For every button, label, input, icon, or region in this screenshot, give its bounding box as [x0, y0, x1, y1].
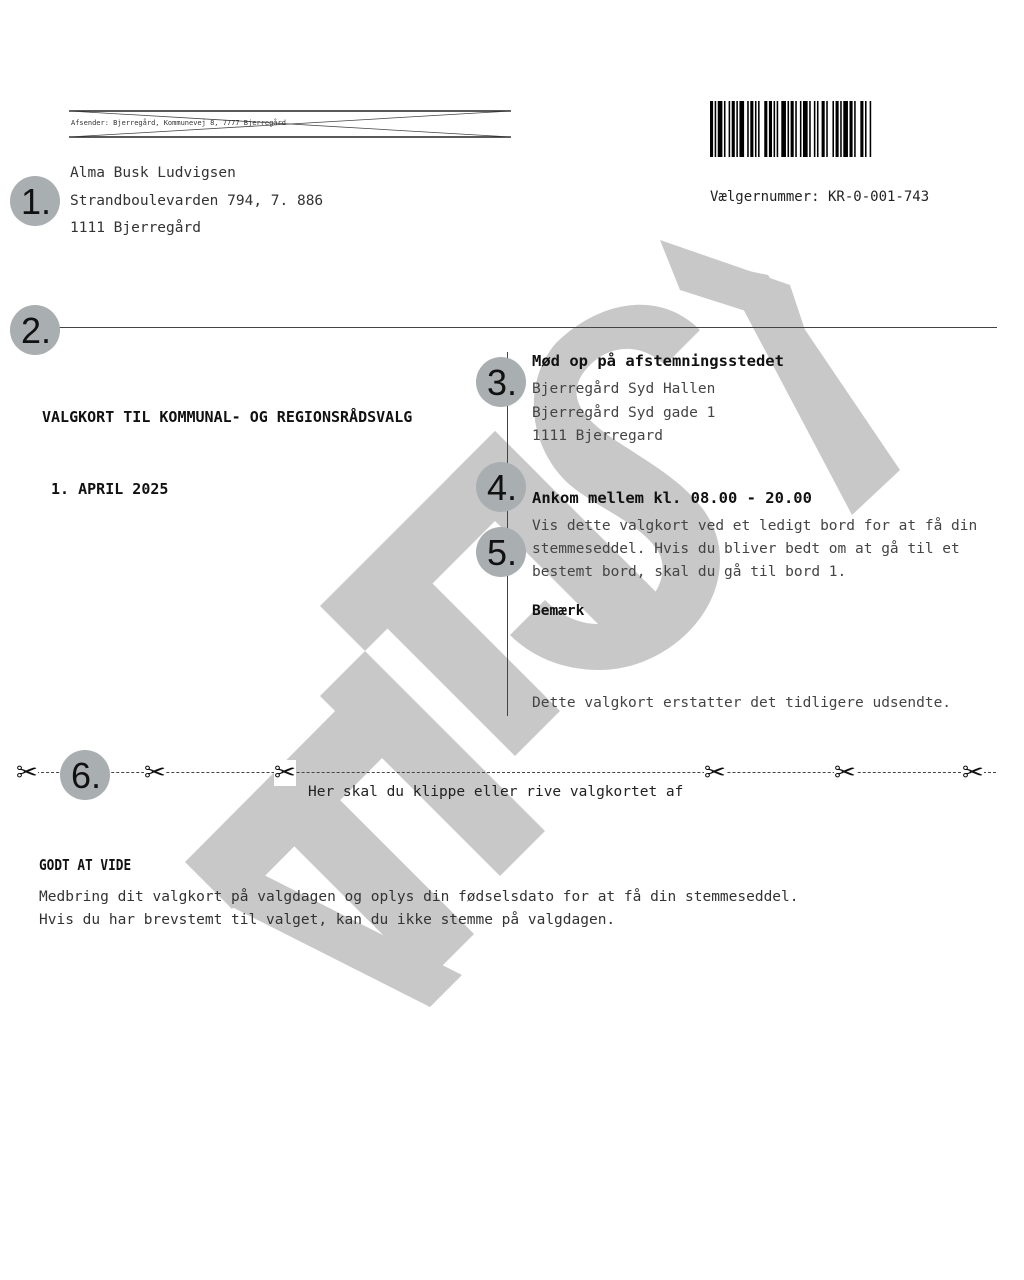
voter-number: Vælgernummer: KR-0-001-743 [710, 189, 929, 205]
voting-card-document: Afsender: Bjerregård, Kommunevej 8, 7777… [0, 0, 1024, 1280]
card-title-line-1: VALGKORT TIL KOMMUNAL- OG REGIONSRÅDSVAL… [42, 405, 412, 429]
good-to-know-heading: GODT AT VIDE [39, 856, 131, 874]
sender-label: Afsender: Bjerregård, Kommunevej 8, 7777… [71, 119, 286, 127]
note-text: Dette valgkort erstatter det tidligere u… [532, 695, 951, 711]
top-divider [55, 327, 997, 328]
scissors-icon: ✂ [704, 760, 726, 786]
scissors-icon: ✂ [834, 760, 856, 786]
marker-5: 5. [476, 527, 526, 577]
polling-place-city: 1111 Bjerregard [532, 425, 715, 449]
polling-place-heading: Mød op på afstemningsstedet [532, 352, 784, 370]
marker-6: 6. [60, 750, 110, 800]
recipient-address: Alma Busk Ludvigsen Strandboulevarden 79… [70, 160, 323, 243]
scissors-icon: ✂ [144, 760, 166, 786]
good-to-know-text: Medbring dit valgkort på valgdagen og op… [39, 886, 799, 932]
opening-hours-heading: Ankom mellem kl. 08.00 - 20.00 [532, 489, 812, 507]
instructions-text: Vis dette valgkort ved et ledigt bord fo… [532, 515, 1002, 584]
marker-4: 4. [476, 462, 526, 512]
good-to-know-line-1: Medbring dit valgkort på valgdagen og op… [39, 886, 799, 909]
sender-address-window: Afsender: Bjerregård, Kommunevej 8, 7777… [69, 110, 511, 138]
polling-place-address: Bjerregård Syd Hallen Bjerregård Syd gad… [532, 378, 715, 449]
scissors-icon: ✂ [274, 760, 296, 786]
card-title: VALGKORT TIL KOMMUNAL- OG REGIONSRÅDSVAL… [42, 357, 412, 549]
barcode-icon [710, 101, 950, 157]
recipient-street: Strandboulevarden 794, 7. 886 [70, 188, 323, 216]
card-title-date: 1. APRIL 2025 [42, 477, 412, 501]
scissors-icon: ✂ [16, 760, 38, 786]
polling-place-street: Bjerregård Syd gade 1 [532, 402, 715, 426]
good-to-know-line-2: Hvis du har brevstemt til valget, kan du… [39, 909, 799, 932]
marker-3: 3. [476, 357, 526, 407]
scissors-icon: ✂ [962, 760, 984, 786]
recipient-name: Alma Busk Ludvigsen [70, 160, 323, 188]
recipient-city: 1111 Bjerregård [70, 215, 323, 243]
marker-1: 1. [10, 176, 60, 226]
marker-2: 2. [10, 305, 60, 355]
cut-instruction: Her skal du klippe eller rive valgkortet… [308, 784, 683, 800]
note-heading: Bemærk [532, 603, 584, 619]
polling-place-name: Bjerregård Syd Hallen [532, 378, 715, 402]
